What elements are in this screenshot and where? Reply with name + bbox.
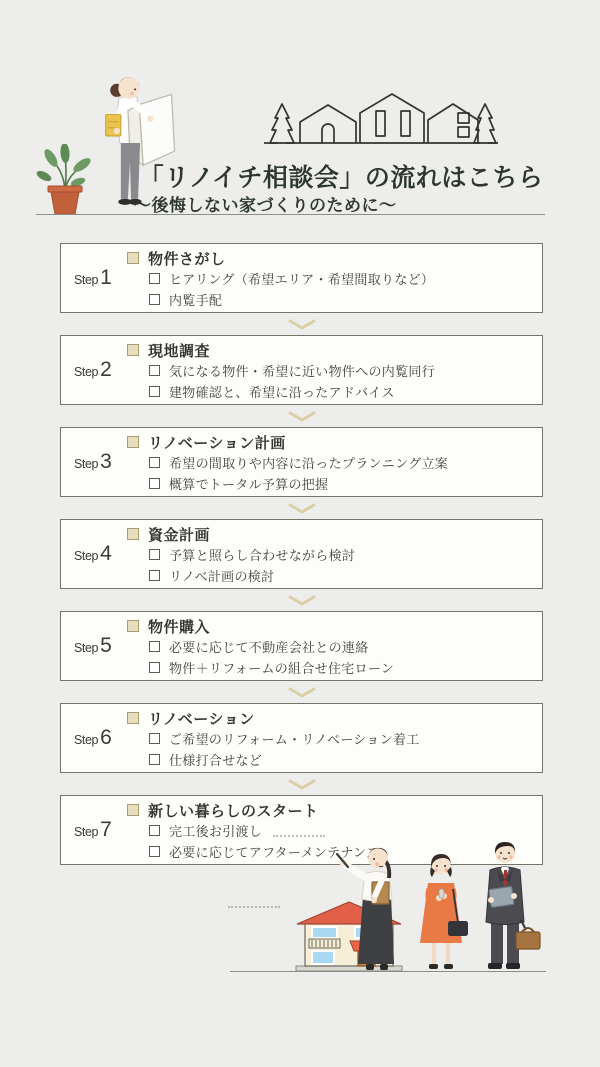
step-item-row: 建物確認と、希望に沿ったアドバイス [149, 381, 542, 402]
plant-illustration [34, 144, 98, 216]
flow-arrow [60, 405, 543, 427]
step-item-row: 希望の間取りや内容に沿ったプランニング立案 [149, 452, 542, 473]
step-item-row: 概算でトータル予算の把握 [149, 473, 542, 494]
page-title: 「リノイチ相談会」の流れはこちら [128, 158, 554, 194]
chevron-down-icon [287, 595, 317, 606]
step-heading-row: 資金計画 [127, 524, 542, 544]
step-item: 概算でトータル予算の把握 [169, 474, 328, 493]
step-box: Step 2 現地調査 気になる物件・希望に近い物件への内覧同行 建物確認と、希… [60, 335, 543, 405]
step-item: 必要に応じて不動産会社との連絡 [169, 637, 369, 656]
step-item-row: 必要に応じて不動産会社との連絡 [149, 636, 542, 657]
step-content: 物件さがし ヒアリング（希望エリア・希望間取りなど） 内覧手配 [127, 246, 542, 310]
step-word: Step [74, 733, 98, 747]
page-subtitle: ～後悔しない家づくりのために～ [134, 191, 397, 216]
step-word: Step [74, 273, 98, 287]
step-heading-row: 物件さがし [127, 248, 542, 268]
step-label: Step 2 [61, 358, 127, 382]
step-heading-row: 現地調査 [127, 340, 542, 360]
step-word: Step [74, 365, 98, 379]
checkbox-icon [149, 273, 160, 284]
step-item: 予算と照らし合わせながら検討 [169, 545, 355, 564]
step-label: Step 6 [61, 726, 127, 750]
step-heading-row: リノベーション計画 [127, 432, 542, 452]
step-box: Step 5 物件購入 必要に応じて不動産会社との連絡 物件＋リフォームの組合せ… [60, 611, 543, 681]
step-heading-row: 新しい暮らしのスタート [127, 800, 542, 820]
step-number: 5 [100, 634, 111, 658]
customer-man-illustration [464, 838, 546, 974]
step-word: Step [74, 457, 98, 471]
step-item-row: 予算と照らし合わせながら検討 [149, 544, 542, 565]
step-item: ヒアリング（希望エリア・希望間取りなど） [169, 269, 434, 288]
step-item: 仕様打合せなど [169, 750, 262, 769]
step-heading: 現地調査 [148, 340, 210, 361]
flow-arrow [60, 589, 543, 611]
checkbox-icon [149, 478, 160, 489]
chevron-down-icon [287, 779, 317, 790]
step-item: リノベ計画の検討 [169, 566, 274, 585]
checkbox-icon [127, 528, 139, 540]
step-item-row: 内覧手配 [149, 289, 542, 310]
step-item: 内覧手配 [169, 290, 222, 309]
flow-arrow [60, 773, 543, 795]
step-item-row: 物件＋リフォームの組合せ住宅ローン [149, 657, 542, 678]
step-content: リノベーション ご希望のリフォーム・リノベーション着工 仕様打合せなど [127, 706, 542, 770]
step-item-row: ヒアリング（希望エリア・希望間取りなど） [149, 268, 542, 289]
checkbox-icon [127, 620, 139, 632]
step-box: Step 3 リノベーション計画 希望の間取りや内容に沿ったプランニング立案 概… [60, 427, 543, 497]
checkbox-icon [149, 365, 160, 376]
step-number: 3 [100, 450, 111, 474]
checkbox-icon [149, 570, 160, 581]
step-heading-row: 物件購入 [127, 616, 542, 636]
step-label: Step 3 [61, 450, 127, 474]
flow-arrow [60, 681, 543, 703]
step-box: Step 4 資金計画 予算と照らし合わせながら検討 リノベ計画の検討 [60, 519, 543, 589]
header-ground-line [36, 214, 545, 215]
step-content: 資金計画 予算と照らし合わせながら検討 リノベ計画の検討 [127, 522, 542, 586]
step-number: 2 [100, 358, 111, 382]
step-label: Step 7 [61, 818, 127, 842]
step-word: Step [74, 825, 98, 839]
step-word: Step [74, 549, 98, 563]
dotted-leader [273, 835, 325, 837]
chevron-down-icon [287, 411, 317, 422]
step-item-row: リノベ計画の検討 [149, 565, 542, 586]
step-label: Step 5 [61, 634, 127, 658]
checkbox-icon [127, 344, 139, 356]
step-content: リノベーション計画 希望の間取りや内容に沿ったプランニング立案 概算でトータル予… [127, 430, 542, 494]
step-box: Step 6 リノベーション ご希望のリフォーム・リノベーション着工 仕様打合せ… [60, 703, 543, 773]
step-label: Step 1 [61, 266, 127, 290]
step-label: Step 4 [61, 542, 127, 566]
step-item: 希望の間取りや内容に沿ったプランニング立案 [169, 453, 448, 472]
step-number: 7 [100, 818, 111, 842]
step-heading: 新しい暮らしのスタート [148, 800, 319, 821]
step-number: 1 [100, 266, 111, 290]
step-number: 6 [100, 726, 111, 750]
checkbox-icon [149, 825, 160, 836]
checkbox-icon [149, 754, 160, 765]
steps-list: Step 1 物件さがし ヒアリング（希望エリア・希望間取りなど） 内覧手配 [60, 243, 543, 865]
step-heading: リノベーション計画 [148, 432, 286, 453]
step-content: 物件購入 必要に応じて不動産会社との連絡 物件＋リフォームの組合せ住宅ローン [127, 614, 542, 678]
step-item: 完工後お引渡し [169, 821, 262, 840]
step-heading: リノベーション [148, 708, 255, 729]
step-word: Step [74, 641, 98, 655]
step-item-row: ご希望のリフォーム・リノベーション着工 [149, 728, 542, 749]
checkbox-icon [149, 733, 160, 744]
checkbox-icon [149, 386, 160, 397]
checkbox-icon [149, 294, 160, 305]
step-box: Step 1 物件さがし ヒアリング（希望エリア・希望間取りなど） 内覧手配 [60, 243, 543, 313]
step-heading: 物件さがし [148, 248, 226, 269]
checkbox-icon [149, 549, 160, 560]
chevron-down-icon [287, 503, 317, 514]
checkbox-icon [127, 252, 139, 264]
checkbox-icon [149, 662, 160, 673]
houses-outline-illustration [264, 82, 498, 150]
step-item: 物件＋リフォームの組合せ住宅ローン [169, 658, 394, 677]
flow-arrow [60, 313, 543, 335]
step-heading: 物件購入 [148, 616, 210, 637]
checkbox-icon [149, 457, 160, 468]
step-content: 現地調査 気になる物件・希望に近い物件への内覧同行 建物確認と、希望に沿ったアド… [127, 338, 542, 402]
step-item-row: 気になる物件・希望に近い物件への内覧同行 [149, 360, 542, 381]
checkbox-icon [149, 641, 160, 652]
step-item: ご希望のリフォーム・リノベーション着工 [169, 729, 420, 748]
checkbox-icon [127, 712, 139, 724]
dotted-path-decoration [228, 906, 280, 908]
step-item: 建物確認と、希望に沿ったアドバイス [169, 382, 395, 401]
flow-arrow [60, 497, 543, 519]
checkbox-icon [127, 804, 139, 816]
step-heading-row: リノベーション [127, 708, 542, 728]
chevron-down-icon [287, 687, 317, 698]
step-number: 4 [100, 542, 111, 566]
step-item: 気になる物件・希望に近い物件への内覧同行 [169, 361, 435, 380]
step-item-row: 仕様打合せなど [149, 749, 542, 770]
checkbox-icon [127, 436, 139, 448]
checkbox-icon [149, 846, 160, 857]
chevron-down-icon [287, 319, 317, 330]
step-heading: 資金計画 [148, 524, 210, 545]
